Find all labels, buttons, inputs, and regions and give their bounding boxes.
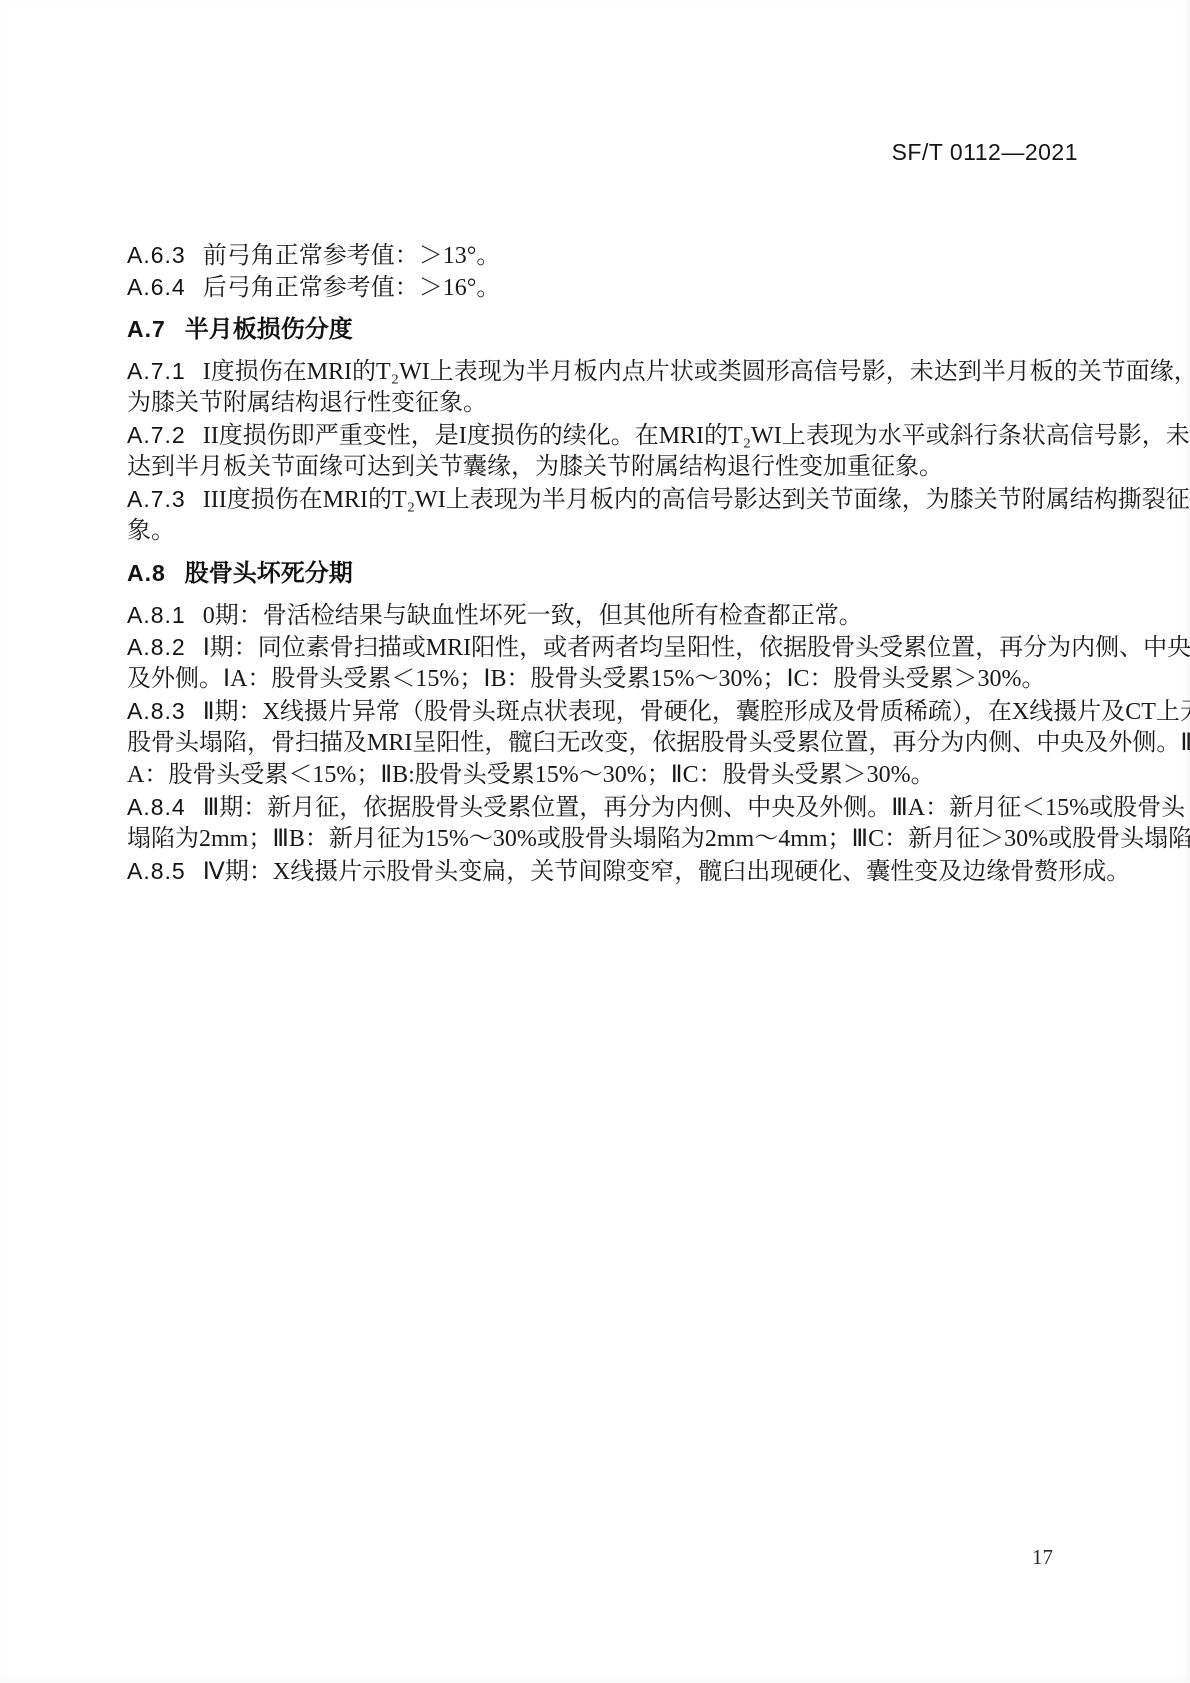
clause-text: 及外侧。ⅠA：股骨头受累＜15%；ⅠB：股骨头受累15%～30%；ⅠC：股骨头受… (127, 666, 1046, 692)
clause-line: 为膝关节附属结构退行性变征象。 (127, 387, 1072, 419)
section-title: 半月板损伤分度 (185, 316, 353, 343)
clause-line: 象。 (127, 515, 1072, 547)
clause-text: Ⅰ期：同位素骨扫描或MRI阳性，或者两者均呈阳性，依据股骨头受累位置，再分为内侧… (203, 635, 1190, 661)
clause-line: 股骨头塌陷，骨扫描及MRI呈阳性，髋臼无改变，依据股骨头受累位置，再分为内侧、中… (127, 727, 1072, 759)
clause-a8-4: A.8.4Ⅲ期：新月征，依据股骨头受累位置，再分为内侧、中央及外侧。ⅢA：新月征… (127, 791, 1072, 855)
clause-line: A.8.5Ⅳ期：X线摄片示股骨头变扁，关节间隙变窄，髋臼出现硬化、囊性变及边缘骨… (127, 855, 1072, 887)
standard-code-header: SF/T 0112—2021 (892, 139, 1078, 166)
clause-text: 后弓角正常参考值：＞16°。 (203, 275, 501, 301)
clause-line: A.7.2II度损伤即严重变性，是I度损伤的续化。在MRI的T₂WI上表现为水平… (127, 419, 1072, 451)
section-number: A.8 (127, 560, 166, 586)
clause-number: A.6.3 (127, 242, 186, 268)
clause-a6-3: A.6.3前弓角正常参考值：＞13°。 (127, 239, 1072, 271)
clause-text: III度损伤在MRI的T₂WI上表现为半月板内的高信号影达到关节面缘，为膝关节附… (203, 487, 1190, 513)
clause-a7-1: A.7.1I度损伤在MRI的T₂WI上表现为半月板内点片状或类圆形高信号影，未达… (127, 355, 1072, 419)
clause-text: Ⅱ期：X线摄片异常（股骨头斑点状表现，骨硬化，囊腔形成及骨质稀疏），在X线摄片及… (203, 699, 1190, 725)
clause-line: A.7.3III度损伤在MRI的T₂WI上表现为半月板内的高信号影达到关节面缘，… (127, 483, 1072, 515)
clause-line: A.8.3Ⅱ期：X线摄片异常（股骨头斑点状表现，骨硬化，囊腔形成及骨质稀疏），在… (127, 695, 1072, 727)
clause-text: 0期：骨活检结果与缺血性坏死一致，但其他所有检查都正常。 (203, 603, 863, 629)
clause-line: A.8.2Ⅰ期：同位素骨扫描或MRI阳性，或者两者均呈阳性，依据股骨头受累位置，… (127, 631, 1072, 663)
clause-number: A.7.2 (127, 422, 186, 448)
clause-number: A.8.3 (127, 698, 186, 724)
clause-number: A.8.2 (127, 634, 186, 660)
clause-text: 股骨头塌陷，骨扫描及MRI呈阳性，髋臼无改变，依据股骨头受累位置，再分为内侧、中… (127, 730, 1190, 756)
clause-line: A：股骨头受累＜15%；ⅡB:股骨头受累15%～30%；ⅡC：股骨头受累＞30%… (127, 759, 1072, 791)
clause-number: A.8.5 (127, 858, 186, 884)
clause-a8-5: A.8.5Ⅳ期：X线摄片示股骨头变扁，关节间隙变窄，髋臼出现硬化、囊性变及边缘骨… (127, 855, 1072, 887)
clause-a8-2: A.8.2Ⅰ期：同位素骨扫描或MRI阳性，或者两者均呈阳性，依据股骨头受累位置，… (127, 631, 1072, 695)
clause-text: II度损伤即严重变性，是I度损伤的续化。在MRI的T₂WI上表现为水平或斜行条状… (203, 423, 1190, 449)
clause-number: A.8.1 (127, 602, 186, 628)
clause-line: 达到半月板关节面缘可达到关节囊缘，为膝关节附属结构退行性变加重征象。 (127, 451, 1072, 483)
clause-line: 及外侧。ⅠA：股骨头受累＜15%；ⅠB：股骨头受累15%～30%；ⅠC：股骨头受… (127, 663, 1072, 695)
clause-text: A：股骨头受累＜15%；ⅡB:股骨头受累15%～30%；ⅡC：股骨头受累＞30%… (127, 762, 935, 788)
page-number: 17 (1032, 1545, 1053, 1570)
clause-number: A.8.4 (127, 794, 186, 820)
clause-text: 为膝关节附属结构退行性变征象。 (127, 390, 487, 416)
clause-text: 达到半月板关节面缘可达到关节囊缘，为膝关节附属结构退行性变加重征象。 (127, 454, 943, 480)
section-heading-a7: A.7半月板损伤分度 (127, 313, 1072, 345)
document-content: A.6.3前弓角正常参考值：＞13°。 A.6.4后弓角正常参考值：＞16°。 … (127, 239, 1072, 887)
section-title: 股骨头坏死分期 (185, 560, 353, 587)
clause-a6-4: A.6.4后弓角正常参考值：＞16°。 (127, 271, 1072, 303)
clause-text: 塌陷为2mm；ⅢB：新月征为15%～30%或股骨头塌陷为2mm～4mm；ⅢC：新… (127, 826, 1190, 852)
clause-line: A.8.4Ⅲ期：新月征，依据股骨头受累位置，再分为内侧、中央及外侧。ⅢA：新月征… (127, 791, 1072, 823)
clause-number: A.7.1 (127, 358, 186, 384)
clause-text: I度损伤在MRI的T₂WI上表现为半月板内点片状或类圆形高信号影，未达到半月板的… (203, 359, 1190, 385)
clause-a8-3: A.8.3Ⅱ期：X线摄片异常（股骨头斑点状表现，骨硬化，囊腔形成及骨质稀疏），在… (127, 695, 1072, 791)
clause-text: 前弓角正常参考值：＞13°。 (203, 243, 501, 269)
clause-a8-1: A.8.10期：骨活检结果与缺血性坏死一致，但其他所有检查都正常。 (127, 599, 1072, 631)
clause-line: 塌陷为2mm；ⅢB：新月征为15%～30%或股骨头塌陷为2mm～4mm；ⅢC：新… (127, 823, 1072, 855)
document-page: SF/T 0112—2021 A.6.3前弓角正常参考值：＞13°。 A.6.4… (0, 0, 1190, 1683)
clause-text: Ⅲ期：新月征，依据股骨头受累位置，再分为内侧、中央及外侧。ⅢA：新月征＜15%或… (203, 795, 1185, 821)
clause-line: A.6.4后弓角正常参考值：＞16°。 (127, 271, 1072, 303)
clause-a7-2: A.7.2II度损伤即严重变性，是I度损伤的续化。在MRI的T₂WI上表现为水平… (127, 419, 1072, 483)
clause-text: Ⅳ期：X线摄片示股骨头变扁，关节间隙变窄，髋臼出现硬化、囊性变及边缘骨赘形成。 (203, 859, 1130, 885)
clause-line: A.7.1I度损伤在MRI的T₂WI上表现为半月板内点片状或类圆形高信号影，未达… (127, 355, 1072, 387)
clause-a7-3: A.7.3III度损伤在MRI的T₂WI上表现为半月板内的高信号影达到关节面缘，… (127, 483, 1072, 547)
clause-line: A.8.10期：骨活检结果与缺血性坏死一致，但其他所有检查都正常。 (127, 599, 1072, 631)
section-heading-a8: A.8股骨头坏死分期 (127, 557, 1072, 589)
clause-number: A.7.3 (127, 486, 186, 512)
clause-text: 象。 (127, 518, 175, 544)
section-number: A.7 (127, 316, 166, 342)
clause-line: A.6.3前弓角正常参考值：＞13°。 (127, 239, 1072, 271)
clause-number: A.6.4 (127, 274, 186, 300)
